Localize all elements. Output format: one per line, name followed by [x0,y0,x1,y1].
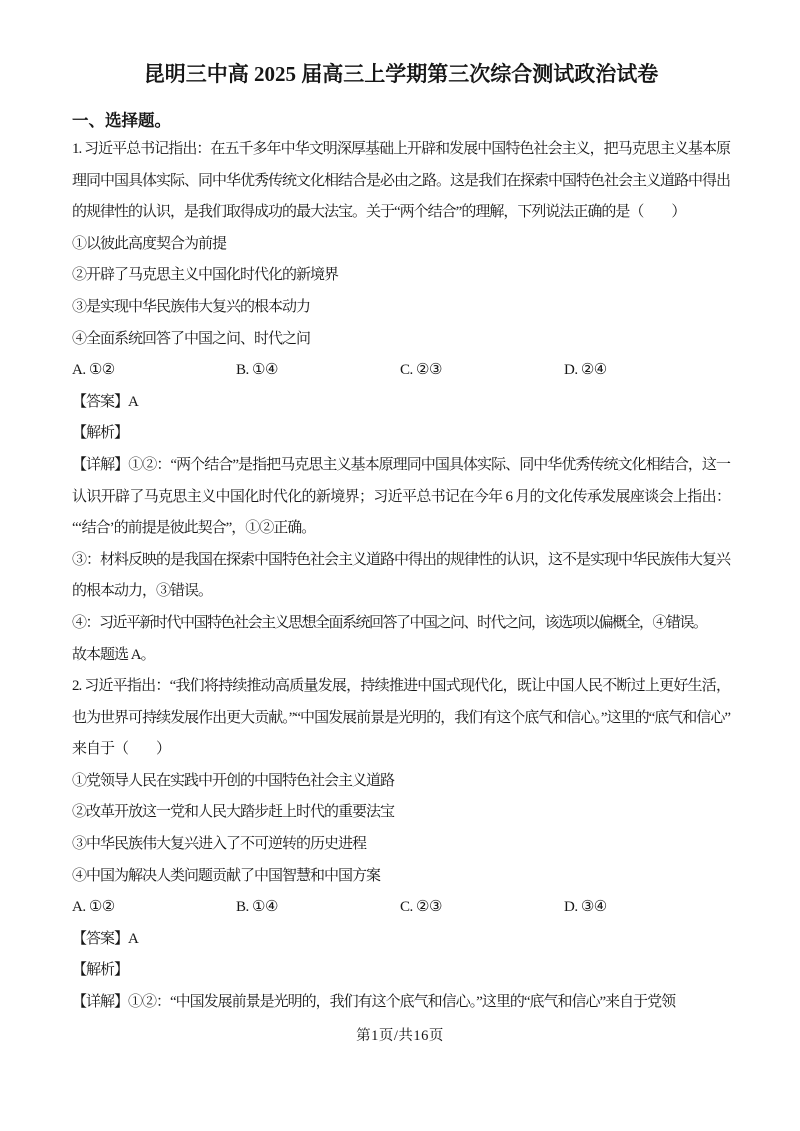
question-1-analysis-label: 【解析】 [72,418,730,450]
question-1-choice-row: A. ①② B. ①④ C. ②③ D. ②④ [72,355,730,387]
question-1-detail-4: 故本题选 A。 [72,640,730,672]
page-number: 第1页/共16页 [0,1024,800,1045]
question-2-item-3: ③中华民族伟大复兴进入了不可逆转的历史进程 [72,829,730,861]
question-1-choice-a: A. ①② [72,355,236,387]
question-2-answer: 【答案】A [72,924,730,956]
question-1-item-3: ③是实现中华民族伟大复兴的根本动力 [72,292,730,324]
question-2-detail-1: 【详解】①②：“中国发展前景是光明的，我们有这个底气和信心。”这里的“底气和信心… [72,987,730,1019]
question-1-choice-c: C. ②③ [400,355,564,387]
question-1-item-4: ④全面系统回答了中国之问、时代之问 [72,324,730,356]
question-1-stem: 1. 习近平总书记指出：在五千多年中华文明深厚基础上开辟和发展中国特色社会主义，… [72,134,730,229]
question-2-analysis-label: 【解析】 [72,955,730,987]
question-1-choice-d: D. ②④ [564,355,730,387]
question-1: 1. 习近平总书记指出：在五千多年中华文明深厚基础上开辟和发展中国特色社会主义，… [72,134,730,671]
question-2-choice-a: A. ①② [72,892,236,924]
question-2-choice-d: D. ③④ [564,892,730,924]
question-1-answer: 【答案】A [72,387,730,419]
question-2-item-1: ①党领导人民在实践中开创的中国特色社会主义道路 [72,766,730,798]
page-content: 昆明三中高 2025 届高三上学期第三次综合测试政治试卷 一、选择题。 1. 习… [0,0,800,1019]
question-2-choice-row: A. ①② B. ①④ C. ②③ D. ③④ [72,892,730,924]
question-2-choice-c: C. ②③ [400,892,564,924]
question-1-detail-3: ④：习近平新时代中国特色社会主义思想全面系统回答了中国之问、时代之问，该选项以偏… [72,608,730,640]
question-1-choice-b: B. ①④ [236,355,400,387]
question-2-item-2: ②改革开放这一党和人民大踏步赶上时代的重要法宝 [72,797,730,829]
exam-document-page: 昆明三中高 2025 届高三上学期第三次综合测试政治试卷 一、选择题。 1. 习… [0,0,800,1131]
question-1-detail-2: ③：材料反映的是我国在探索中国特色社会主义道路中得出的规律性的认识，这不是实现中… [72,545,730,608]
page-title: 昆明三中高 2025 届高三上学期第三次综合测试政治试卷 [72,56,730,92]
question-1-item-1: ①以彼此高度契合为前提 [72,229,730,261]
question-1-detail-1: 【详解】①②：“两个结合”是指把马克思主义基本原理同中国具体实际、同中华优秀传统… [72,450,730,545]
question-2-item-4: ④中国为解决人类问题贡献了中国智慧和中国方案 [72,861,730,893]
question-2: 2. 习近平指出：“我们将持续推动高质量发展，持续推进中国式现代化，既让中国人民… [72,671,730,1019]
section-heading: 一、选择题。 [72,108,730,134]
question-1-item-2: ②开辟了马克思主义中国化时代化的新境界 [72,260,730,292]
question-2-choice-b: B. ①④ [236,892,400,924]
question-2-stem: 2. 习近平指出：“我们将持续推动高质量发展，持续推进中国式现代化，既让中国人民… [72,671,730,766]
